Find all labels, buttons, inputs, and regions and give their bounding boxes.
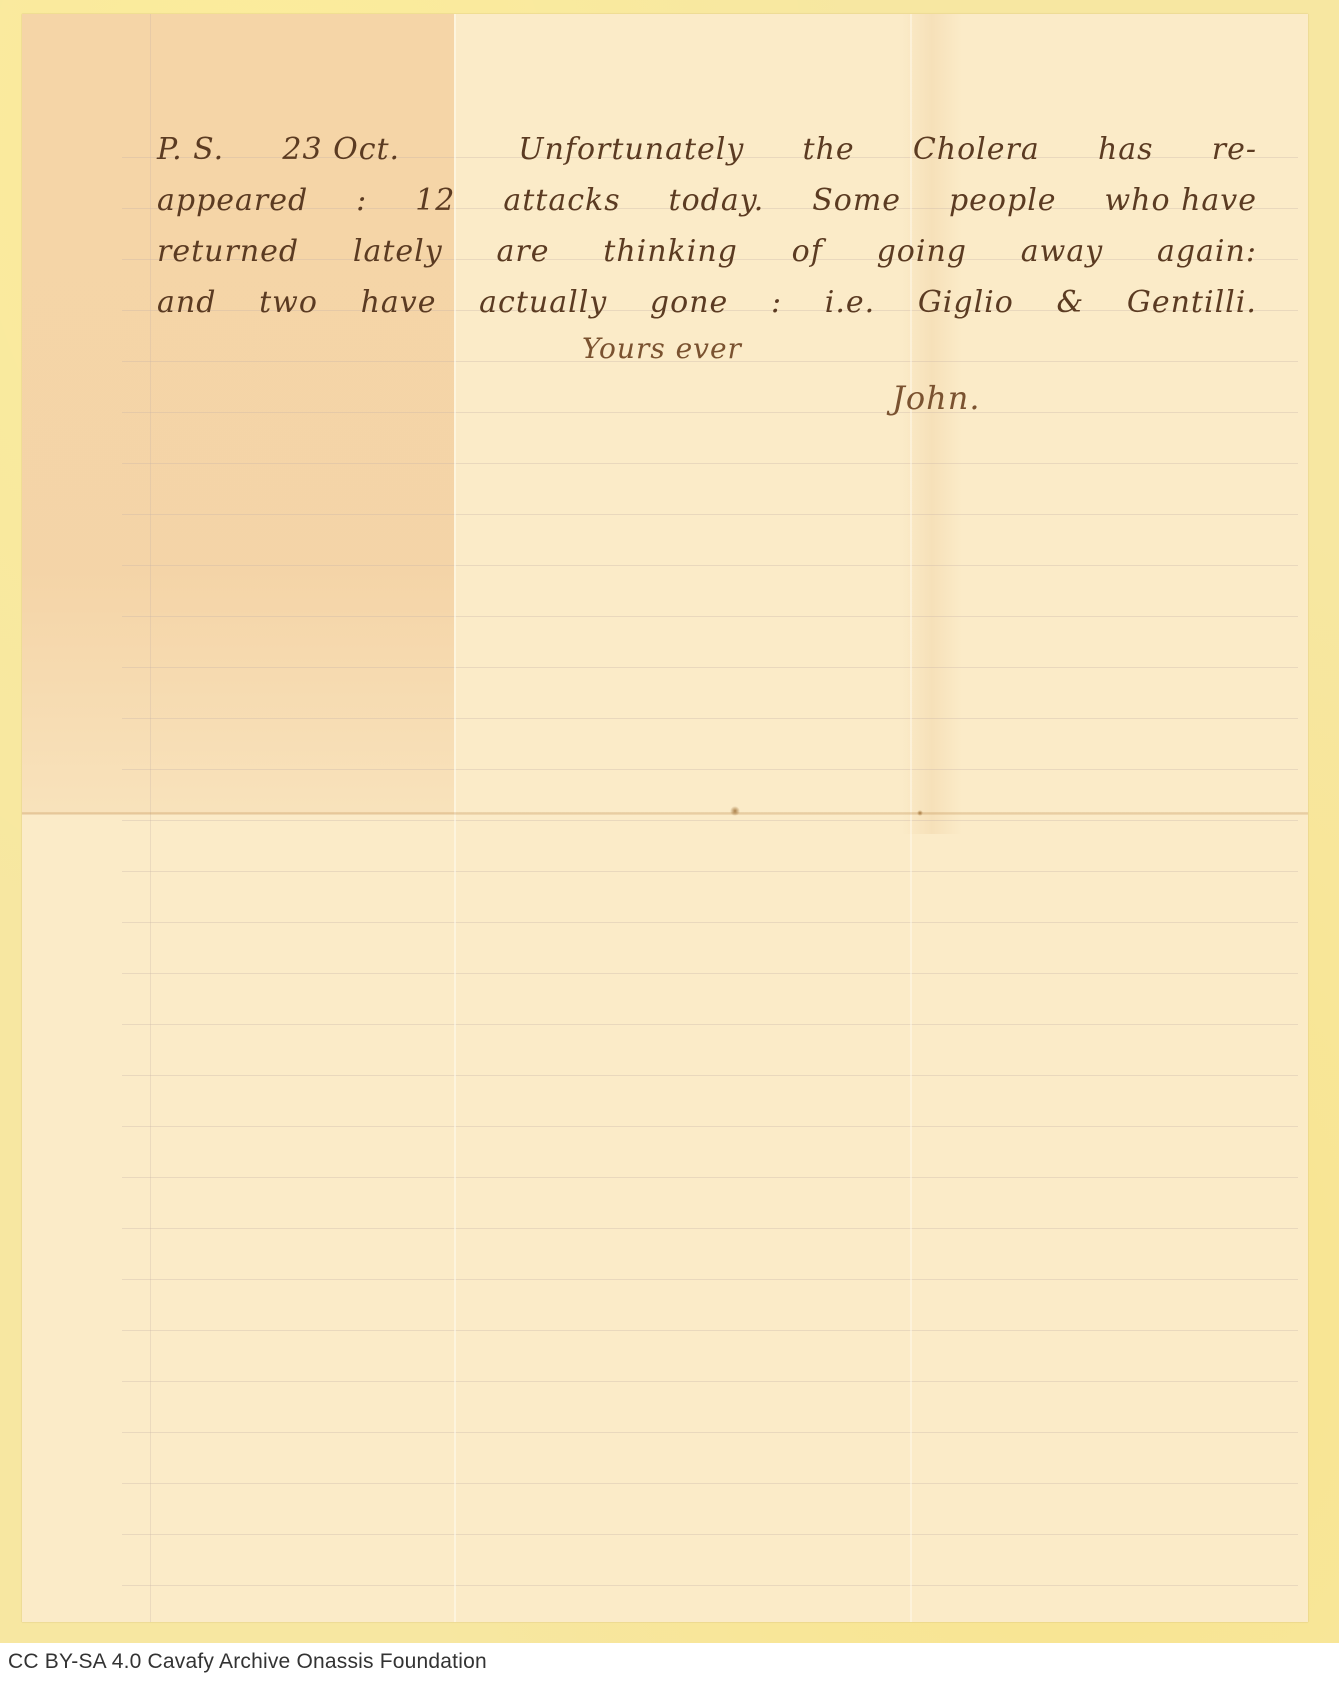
word: & [1057,285,1085,320]
signature: John. [892,379,980,417]
word: P. S. [157,132,224,167]
ruled-line [122,412,1298,413]
scanned-document: P. S. 23 Oct. Unfortunately the Cholera … [0,0,1339,1643]
word: have [361,285,437,320]
handwritten-line-1: P. S. 23 Oct. Unfortunately the Cholera … [157,132,1257,167]
word: 23 Oct. [282,132,400,167]
word: appeared [157,183,308,218]
ruled-line [122,667,1298,668]
word: thinking [603,234,738,269]
word: of [792,234,823,269]
word: who have [1104,183,1257,218]
word: today. [669,183,765,218]
word: two [259,285,318,320]
word: people [949,183,1057,218]
ruled-line [122,565,1298,566]
word: the [803,132,855,167]
ruled-line [122,871,1298,872]
ruled-line [122,1228,1298,1229]
ruled-line [122,1279,1298,1280]
ruled-line [122,1534,1298,1535]
word: lately [353,234,443,269]
ruled-line [122,1381,1298,1382]
ruled-line [122,1432,1298,1433]
word: again: [1157,234,1257,269]
word: 12 [415,183,455,218]
word: actually [479,285,607,320]
word: Gentilli. [1127,285,1257,320]
word: and [157,285,216,320]
word: going [877,234,967,269]
ruled-line [122,514,1298,515]
ruled-line [122,922,1298,923]
ruled-line [122,1024,1298,1025]
ruled-line [122,1330,1298,1331]
ruled-line [122,1585,1298,1586]
horizontal-fold [22,812,1308,815]
ruled-line [122,616,1298,617]
ruled-line [122,1483,1298,1484]
ruled-line [122,1075,1298,1076]
word: : [356,183,367,218]
word: attacks [503,183,620,218]
word: Cholera [913,132,1040,167]
word: Some [812,183,901,218]
letter-sheet: P. S. 23 Oct. Unfortunately the Cholera … [22,14,1308,1622]
ruled-line [122,1177,1298,1178]
handwritten-line-3: returned lately are thinking of going aw… [157,234,1257,269]
word: gone [650,285,728,320]
ruled-line [122,1126,1298,1127]
ruled-line [122,718,1298,719]
word: re- [1212,132,1257,167]
word: i.e. [825,285,875,320]
word: are [497,234,550,269]
handwritten-line-2: appeared : 12 attacks today. Some people… [157,183,1257,218]
ruled-line [122,463,1298,464]
ink-spot [730,806,740,816]
word: away [1021,234,1103,269]
word: Unfortunately [518,132,744,167]
license-caption: CC BY-SA 4.0 Cavafy Archive Onassis Foun… [8,1650,487,1674]
handwritten-line-4: and two have actually gone : i.e. Giglio… [157,285,1257,320]
word: : [771,285,782,320]
word: has [1098,132,1154,167]
ruled-line [122,769,1298,770]
ruled-line [122,820,1298,821]
word: returned [157,234,299,269]
closing-salutation: Yours ever [582,332,742,365]
ink-spot [917,810,923,816]
word: Giglio [918,285,1014,320]
ruled-line [122,973,1298,974]
